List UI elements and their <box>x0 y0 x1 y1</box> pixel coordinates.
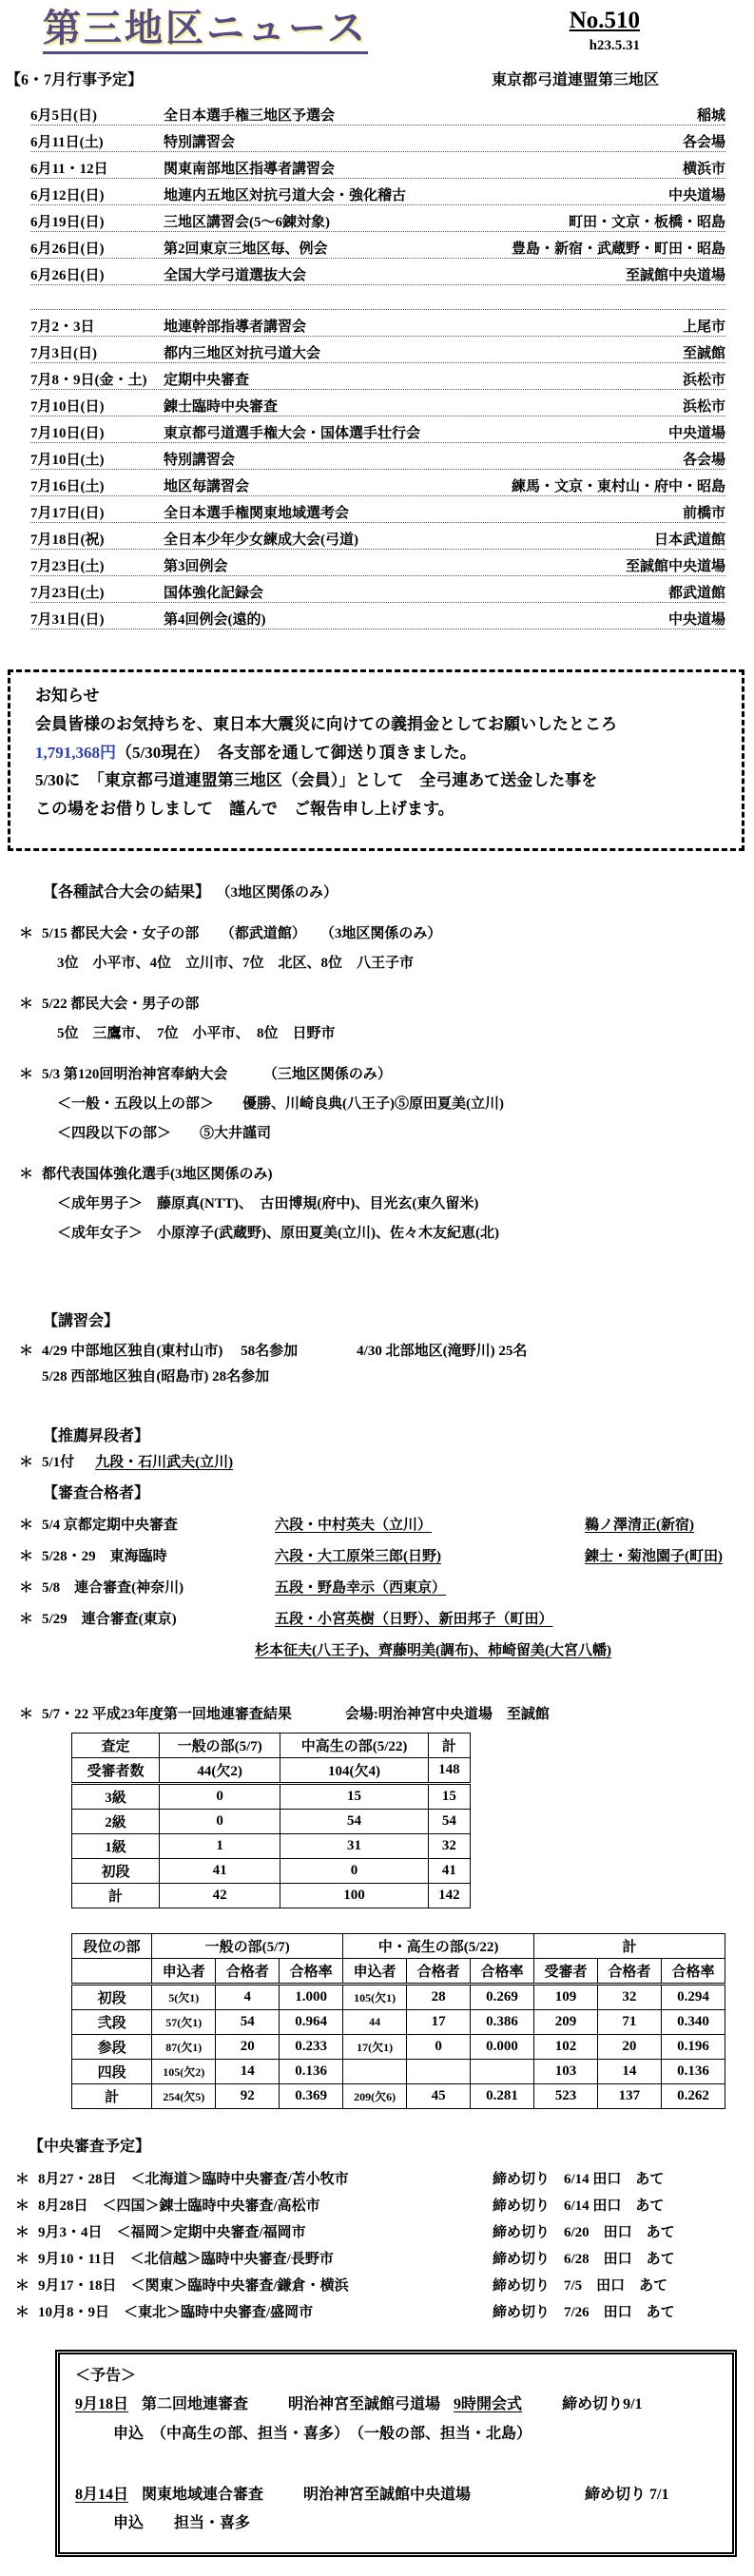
table-header-row: 査定 一般の部(5/7) 中高生の部(5/22) 計 <box>72 1733 471 1757</box>
passer-exam: 5/4 京都定期中央審査 <box>42 1514 275 1534</box>
schedule-row: 6月5日(日)全日本選手権三地区予選会稲城 <box>30 99 725 126</box>
table-row: 四段105(欠2)140.136103140.136 <box>72 2059 725 2083</box>
schedule-separator-row <box>30 285 725 310</box>
schedule-row: 6月12日(日)地連内五地区対抗弓道大会・強化稽古中央道場 <box>30 179 725 205</box>
result-item: ＊都代表国体強化選手(3地区関係のみ) ＜成年男子＞ 藤原真(NTT)、 古田博… <box>0 1163 754 1242</box>
bullet-asterisk: ＊ <box>19 1514 42 1534</box>
event-date: 7月23日(土) <box>30 555 164 575</box>
bullet-asterisk: ＊ <box>19 1340 42 1360</box>
newsletter-page: 第三地区ニュース No.510 h23.5.31 【6・7月行事予定】 東京都弓… <box>0 0 754 2576</box>
passer-names-extra: 杉本征夫(八王子)、齊藤明美(調布)、柿崎留美(大宮八幡) <box>255 1639 754 1659</box>
schedule-row: 6月11・12日関東南部地区指導者講習会横浜市 <box>30 152 725 179</box>
passer-names: 錬士・菊池園子(町田) <box>585 1545 723 1565</box>
event-name: 特別講習会 <box>164 131 683 151</box>
central-exam-heading: 【中央審査予定】 <box>29 2134 754 2156</box>
table-row: 2級05454 <box>72 1809 471 1833</box>
newsletter-title: 第三地区ニュース <box>43 8 368 54</box>
bullet-asterisk: ＊ <box>19 1545 42 1565</box>
central-exam-deadline: 締め切り 7/5 田口 あて <box>493 2275 725 2295</box>
subheader: 【6・7月行事予定】 東京都弓道連盟第三地区 <box>0 54 754 89</box>
central-exam-info: 9月3・4日 ＜福岡＞定期中央審査/福岡市 <box>38 2221 493 2241</box>
passer-names: 五段・野島幸示（西東京） <box>275 1577 560 1597</box>
issue-date: h23.5.31 <box>570 38 640 54</box>
event-name: 錬士臨時中央審査 <box>164 396 683 416</box>
schedule-row: 7月18日(祝)全日本少年少女練成大会(弓道)日本武道館 <box>30 523 725 550</box>
issue-number: No.510 <box>570 8 640 34</box>
event-name: 全日本選手権三地区予選会 <box>164 105 697 125</box>
bullet-asterisk: ＊ <box>19 993 42 1013</box>
result-title: 都代表国体強化選手(3地区関係のみ) <box>42 1163 273 1183</box>
results-heading: 【各種試合大会の結果】（3地区関係のみ） <box>43 880 754 901</box>
schedule-row: 6月26日(日)全国大学弓道選抜大会至誠館中央道場 <box>30 259 725 285</box>
event-venue: 中央道場 <box>668 422 725 442</box>
subheader-cell: 合格者 <box>216 1958 280 1984</box>
header: 第三地区ニュース No.510 h23.5.31 <box>0 6 754 54</box>
bullet-asterisk: ＊ <box>19 922 42 942</box>
result-item: ＊5/15 都民大会・女子の部 （都武道館） （3地区関係のみ） 3位 小平市、… <box>0 922 754 972</box>
event-name: 関東南部地区指導者講習会 <box>164 158 683 178</box>
course-entry-1: 4/29 中部地区独自(東村山市) 58名参加 <box>42 1340 298 1360</box>
event-date: 7月23日(土) <box>30 582 164 602</box>
event-venue: 稲城 <box>697 105 725 125</box>
central-exam-row: ＊10月8・9日 ＜東北＞臨時中央審査/盛岡市締め切り 7/26 田口 あて <box>15 2298 725 2325</box>
preview-event-1: 9月18日 第二回地連審査 明治神宮至誠館弓道場 9時開会式 締め切り9/1 <box>75 2391 717 2419</box>
event-name: 全日本少年少女練成大会(弓道) <box>164 529 654 549</box>
event-name: 第3回例会 <box>164 555 626 575</box>
schedule-row: 7月23日(土)第3回例会至誠館中央道場 <box>30 550 725 576</box>
bullet-asterisk: ＊ <box>19 1703 42 1723</box>
schedule-heading: 【6・7月行事予定】 <box>6 68 143 89</box>
event-venue: 上尾市 <box>683 316 725 336</box>
event-name: 地連内五地区対抗弓道大会・強化稽古 <box>164 184 668 204</box>
schedule-row: 7月31日(日)第4回例会(遠的)中央道場 <box>30 603 725 629</box>
bullet-asterisk: ＊ <box>15 2195 38 2215</box>
result-item: ＊5/22 都民大会・男子の部 5位 三鷹市、 7位 小平市、 8位 日野市 <box>0 993 754 1042</box>
central-exam-list: ＊8月27・28日 ＜北海道＞臨時中央審査/苫小牧市締め切り 6/14 田口 あ… <box>0 2165 754 2325</box>
event-name: 地区毎講習会 <box>164 475 512 495</box>
table-row: 計254(欠5)920.369209(欠6)450.2815231370.262 <box>72 2083 725 2108</box>
event-name: 都内三地区対抗弓道大会 <box>164 342 683 362</box>
notice-line2-rest: （5/30現在） 各支部を通して御送り頂きました。 <box>116 744 476 762</box>
notice-line2: 1,791,368円（5/30現在） 各支部を通して御送り頂きました。 <box>35 739 717 767</box>
organization-name: 東京都弓道連盟第三地区 <box>492 68 659 89</box>
event-date: 7月10日(日) <box>30 422 164 442</box>
preview-box: ＜予告＞ 9月18日 第二回地連審査 明治神宮至誠館弓道場 9時開会式 締め切り… <box>55 2350 737 2557</box>
bullet-asterisk: ＊ <box>19 1163 42 1183</box>
preview-date: 8月14日 <box>75 2481 128 2509</box>
preview-title: ＜予告＞ <box>75 2362 717 2391</box>
event-venue: 浜松市 <box>683 396 725 416</box>
central-exam-row: ＊9月3・4日 ＜福岡＞定期中央審査/福岡市締め切り 6/20 田口 あて <box>15 2218 725 2245</box>
result-line: ＜一般・五段以上の部＞ 優勝、川崎良典(八王子)⑤原田夏美(立川) <box>57 1093 754 1113</box>
central-exam-row: ＊8月27・28日 ＜北海道＞臨時中央審査/苫小牧市締め切り 6/14 田口 あ… <box>15 2165 725 2192</box>
promotion-heading: 【推薦昇段者】 <box>43 1424 754 1445</box>
schedule-row: 7月2・3日地連幹部指導者講習会上尾市 <box>30 310 725 337</box>
passer-names: 六段・大工原栄三郎(日野) <box>275 1545 560 1565</box>
central-exam-deadline: 締め切り 7/26 田口 あて <box>493 2301 725 2321</box>
central-exam-deadline: 締め切り 6/14 田口 あて <box>493 2168 725 2188</box>
passer-exam: 5/29 連合審査(東京) <box>42 1608 275 1628</box>
event-date: 6月26日(日) <box>30 264 164 284</box>
event-date: 7月8・9日(金・土) <box>30 369 164 389</box>
subheader-cell: 合格者 <box>407 1958 471 1984</box>
event-venue: 至誠館中央道場 <box>626 555 725 575</box>
courses-heading: 【講習会】 <box>43 1308 754 1330</box>
result-line: ＜成年男子＞ 藤原真(NTT)、 古田博規(府中)、目光玄(東久留米) <box>57 1192 754 1212</box>
schedule-row: 7月23日(土)国体強化記録会都武道館 <box>30 576 725 603</box>
bullet-asterisk: ＊ <box>15 2168 38 2188</box>
result-title: 5/3 第120回明治神宮奉納大会 （三地区関係のみ） <box>42 1063 392 1083</box>
passer-item: ＊ 5/29 連合審査(東京) 五段・小宮英樹（日野）、新田邦子（町田） <box>19 1608 754 1628</box>
event-date: 7月16日(土) <box>30 475 164 495</box>
preview-event-2: 8月14日 関東地域連合審査 明治神宮至誠館中央道場 締め切り 7/1 <box>75 2481 717 2509</box>
notice-line4: この場をお借りしまして 謹んで ご報告申し上げます。 <box>35 795 717 823</box>
event-venue: 至誠館中央道場 <box>626 264 725 284</box>
central-exam-row: ＊9月10・11日 ＜北信越＞臨時中央審査/長野市締め切り 6/28 田口 あて <box>15 2245 725 2272</box>
central-exam-deadline: 締め切り 6/20 田口 あて <box>493 2221 725 2241</box>
course-entry-3: 5/28 西部地区独自(昭島市) 28名参加 <box>42 1365 754 1385</box>
schedule-row: 7月10日(土)特別講習会各会場 <box>30 443 725 470</box>
donation-notice-box: お知らせ 会員皆様のお気持ちを、東日本大震災に向けての義捐金としてお願いしたとこ… <box>8 669 744 851</box>
result-line: ＜四段以下の部＞ ⑤大井謹司 <box>57 1122 754 1142</box>
event-date: 6月11・12日 <box>30 158 164 178</box>
event-name: 定期中央審査 <box>164 369 683 389</box>
event-date: 6月11日(土) <box>30 131 164 151</box>
event-name: 特別講習会 <box>164 449 683 469</box>
event-venue: 中央道場 <box>668 184 725 204</box>
central-exam-deadline: 締め切り 6/14 田口 あて <box>493 2195 725 2215</box>
event-date: 7月10日(日) <box>30 396 164 416</box>
central-exam-deadline: 締め切り 6/28 田口 あて <box>493 2248 725 2268</box>
passer-exam: 5/8 連合審査(神奈川) <box>42 1577 275 1597</box>
dan-result-table: 段位の部 一般の部(5/7) 中・高生の部(5/22) 計 申込者 合格者 合格… <box>71 1933 725 2109</box>
result-line: ＜成年女子＞ 小原淳子(武蔵野)、原田夏美(立川)、佐々木友紀恵(北) <box>57 1222 754 1242</box>
event-venue: 至誠館 <box>683 342 725 362</box>
table-header-row: 段位の部 一般の部(5/7) 中・高生の部(5/22) 計 <box>72 1933 725 1958</box>
event-name: 全国大学弓道選抜大会 <box>164 264 626 284</box>
passer-item: ＊ 5/8 連合審査(神奈川) 五段・野島幸示（西東京） <box>19 1577 754 1597</box>
event-name: 全日本選手権関東地域選考会 <box>164 502 683 522</box>
header-cell: 計 <box>428 1733 470 1757</box>
audit-title: 5/7・22 平成23年度第一回地連審査結果 <box>42 1703 292 1723</box>
event-date: 7月31日(日) <box>30 609 164 629</box>
notice-line3: 5/30に 「東京都弓道連盟第三地区（会員）」として 全弓連あて送金した事を <box>35 766 717 795</box>
header-cell: 中高生の部(5/22) <box>280 1733 428 1757</box>
event-venue: 練馬・文京・東村山・府中・昭島 <box>512 475 725 495</box>
schedule-row: 6月19日(日)三地区講習会(5～6錬対象)町田・文京・板橋・昭島 <box>30 205 725 232</box>
event-name: 第2回東京三地区毎、例会 <box>164 238 512 258</box>
preview-time: 9時開会式 <box>454 2391 522 2419</box>
passer-names: 鵜ノ澤清正(新宿) <box>585 1514 694 1534</box>
event-schedule: 6月5日(日)全日本選手権三地区予選会稲城 6月11日(土)特別講習会各会場 6… <box>30 99 725 629</box>
preview-venue: 明治神宮至誠館弓道場 <box>288 2391 440 2419</box>
table-row: 初段5(欠1)41.000105(欠1)280.269109320.294 <box>72 1984 725 2009</box>
bullet-asterisk: ＊ <box>19 1608 42 1628</box>
preview-spacer <box>75 2449 717 2481</box>
event-venue: 町田・文京・板橋・昭島 <box>569 211 725 231</box>
preview-deadline: 締め切り 7/1 <box>585 2481 668 2509</box>
event-name: 三地区講習会(5～6錬対象) <box>164 211 569 231</box>
event-date: 7月2・3日 <box>30 316 164 336</box>
event-name: 国体強化記録会 <box>164 582 668 602</box>
header-cell: 一般の部(5/7) <box>160 1733 280 1757</box>
event-name: 地連幹部指導者講習会 <box>164 316 683 336</box>
table-row: 3級01515 <box>72 1783 471 1809</box>
header-cell: 査定 <box>72 1733 160 1757</box>
donation-amount: 1,791,368円 <box>35 744 116 762</box>
passer-exam: 5/28・29 東海臨時 <box>42 1545 275 1565</box>
table-row: 弐段57(欠1)540.96444170.386209710.340 <box>72 2009 725 2034</box>
event-venue: 横浜市 <box>683 158 725 178</box>
bullet-asterisk: ＊ <box>19 1063 42 1083</box>
header-cell: 一般の部(5/7) <box>152 1933 343 1958</box>
preview-venue: 明治神宮至誠館中央道場 <box>303 2481 471 2509</box>
event-name: 第4回例会(遠的) <box>164 609 668 629</box>
preview-apply-1: 申込 （中高生の部、担当・喜多） （一般の部、担当・北島） <box>113 2420 717 2449</box>
schedule-row: 7月8・9日(金・土)定期中央審査浜松市 <box>30 363 725 390</box>
event-venue: 浜松市 <box>683 369 725 389</box>
bullet-asterisk: ＊ <box>15 2301 38 2321</box>
bullet-asterisk: ＊ <box>19 1577 42 1597</box>
header-cell: 段位の部 <box>72 1933 152 1958</box>
preview-deadline: 締め切り9/1 <box>562 2391 642 2419</box>
event-date: 6月26日(日) <box>30 238 164 258</box>
table-row: 初段41041 <box>72 1858 471 1883</box>
event-date: 7月18日(祝) <box>30 529 164 549</box>
promotion-line: ＊ 5/1付 九段・石川武夫(立川) <box>19 1451 754 1471</box>
event-venue: 各会場 <box>683 131 725 151</box>
bullet-asterisk: ＊ <box>15 2221 38 2241</box>
course-line: ＊ 4/29 中部地区独自(東村山市) 58名参加 4/30 北部地区(滝野川)… <box>19 1340 754 1360</box>
passer-item: ＊ 5/28・29 東海臨時 六段・大工原栄三郎(日野) 錬士・菊池園子(町田) <box>19 1545 754 1565</box>
event-date: 6月5日(日) <box>30 105 164 125</box>
central-exam-info: 9月17・18日 ＜関東＞臨時中央審査/鎌倉・横浜 <box>38 2275 493 2295</box>
schedule-row: 7月10日(日)錬士臨時中央審査浜松市 <box>30 390 725 416</box>
header-cell: 計 <box>534 1933 725 1958</box>
schedule-row: 7月10日(日)東京都弓道選手権大会・国体選手壮行会中央道場 <box>30 416 725 443</box>
event-venue: 中央道場 <box>668 609 725 629</box>
table-row: 計42100142 <box>72 1883 471 1908</box>
event-date: 7月17日(日) <box>30 502 164 522</box>
subheader-cell: 合格率 <box>661 1958 725 1984</box>
table-row: 1級13132 <box>72 1833 471 1858</box>
event-date: 7月3日(日) <box>30 342 164 362</box>
subheader-cell: 受審者 <box>534 1958 598 1984</box>
event-date: 6月12日(日) <box>30 184 164 204</box>
central-exam-info: 10月8・9日 ＜東北＞臨時中央審査/盛岡市 <box>38 2301 493 2321</box>
passer-names: 六段・中村英夫（立川） <box>275 1514 560 1534</box>
central-exam-row: ＊9月17・18日 ＜関東＞臨時中央審査/鎌倉・横浜締め切り 7/5 田口 あて <box>15 2272 725 2298</box>
course-entry-2: 4/30 北部地区(滝野川) 25名 <box>357 1340 527 1360</box>
result-title: 5/22 都民大会・男子の部 <box>42 993 199 1013</box>
schedule-row: 7月17日(日)全日本選手権関東地域選考会前橋市 <box>30 496 725 523</box>
schedule-row: 7月3日(日)都内三地区対抗弓道大会至誠館 <box>30 337 725 363</box>
table-row: 受審者数44(欠2)104(欠4)148 <box>72 1757 471 1783</box>
result-line: 3位 小平市、4位 立川市、7位 北区、8位 八王子市 <box>57 952 754 972</box>
audit-venue: 会場:明治神宮中央道場 至誠館 <box>345 1703 550 1723</box>
schedule-row: 7月16日(土)地区毎講習会練馬・文京・東村山・府中・昭島 <box>30 470 725 496</box>
preview-apply-2: 申込 担当・喜多 <box>113 2509 717 2538</box>
event-venue: 前橋市 <box>683 502 725 522</box>
passers-heading: 【審査合格者】 <box>43 1481 754 1502</box>
event-venue: 各会場 <box>683 449 725 469</box>
central-exam-row: ＊8月28日 ＜四国＞錬士臨時中央審査/高松市締め切り 6/14 田口 あて <box>15 2192 725 2218</box>
event-date: 7月10日(土) <box>30 449 164 469</box>
subheader-cell: 合格者 <box>597 1958 661 1984</box>
result-line: 5位 三鷹市、 7位 小平市、 8位 日野市 <box>57 1022 754 1042</box>
passer-item: ＊ 5/4 京都定期中央審査 六段・中村英夫（立川） 鵜ノ澤清正(新宿) <box>19 1514 754 1534</box>
results-heading-note: （3地区関係のみ） <box>223 885 338 901</box>
bullet-asterisk: ＊ <box>15 2275 38 2295</box>
preview-name: 関東地域連合審査 <box>142 2481 263 2509</box>
passer-names: 五段・小宮英樹（日野）、新田邦子（町田） <box>275 1608 560 1628</box>
event-venue: 豊島・新宿・武蔵野・町田・昭島 <box>512 238 725 258</box>
audit-result-line: ＊ 5/7・22 平成23年度第一回地連審査結果 会場:明治神宮中央道場 至誠館 <box>19 1703 754 1723</box>
notice-line1: 会員皆様のお気持ちを、東日本大震災に向けての義捐金としてお願いしたところ <box>35 710 717 739</box>
table-row: 参段87(欠1)200.23317(欠1)00.000102200.196 <box>72 2034 725 2059</box>
event-venue: 日本武道館 <box>654 529 725 549</box>
header-cell: 中・高生の部(5/22) <box>343 1933 534 1958</box>
schedule-row: 6月26日(日)第2回東京三地区毎、例会豊島・新宿・武蔵野・町田・昭島 <box>30 232 725 259</box>
notice-title: お知らせ <box>35 682 717 710</box>
result-item: ＊5/3 第120回明治神宮奉納大会 （三地区関係のみ） ＜一般・五段以上の部＞… <box>0 1063 754 1142</box>
event-date: 6月19日(日) <box>30 211 164 231</box>
issue-block: No.510 h23.5.31 <box>570 8 640 54</box>
result-title: 5/15 都民大会・女子の部 （都武道館） （3地区関係のみ） <box>42 922 441 942</box>
subheader-cell: 合格率 <box>280 1958 343 1984</box>
schedule-row: 6月11日(土)特別講習会各会場 <box>30 126 725 152</box>
kyu-result-table: 査定 一般の部(5/7) 中高生の部(5/22) 計 受審者数44(欠2)104… <box>71 1733 471 1908</box>
table-subheader-row: 申込者 合格者 合格率 申込者 合格者 合格率 受審者 合格者 合格率 <box>72 1958 725 1984</box>
preview-name: 第二回地連審査 <box>142 2391 248 2419</box>
subheader-cell: 申込者 <box>152 1958 216 1984</box>
event-venue: 都武道館 <box>668 582 725 602</box>
event-name: 東京都弓道選手権大会・国体選手壮行会 <box>164 422 668 442</box>
promotion-date: 5/1付 <box>42 1451 74 1471</box>
preview-date: 9月18日 <box>75 2391 128 2419</box>
subheader-cell: 合格率 <box>471 1958 534 1984</box>
bullet-asterisk: ＊ <box>19 1451 42 1471</box>
central-exam-info: 9月10・11日 ＜北信越＞臨時中央審査/長野市 <box>38 2248 493 2268</box>
central-exam-info: 8月27・28日 ＜北海道＞臨時中央審査/苫小牧市 <box>38 2168 493 2188</box>
bullet-asterisk: ＊ <box>15 2248 38 2268</box>
central-exam-info: 8月28日 ＜四国＞錬士臨時中央審査/高松市 <box>38 2195 493 2215</box>
promotion-name: 九段・石川武夫(立川) <box>95 1451 233 1471</box>
subheader-cell: 申込者 <box>343 1958 407 1984</box>
